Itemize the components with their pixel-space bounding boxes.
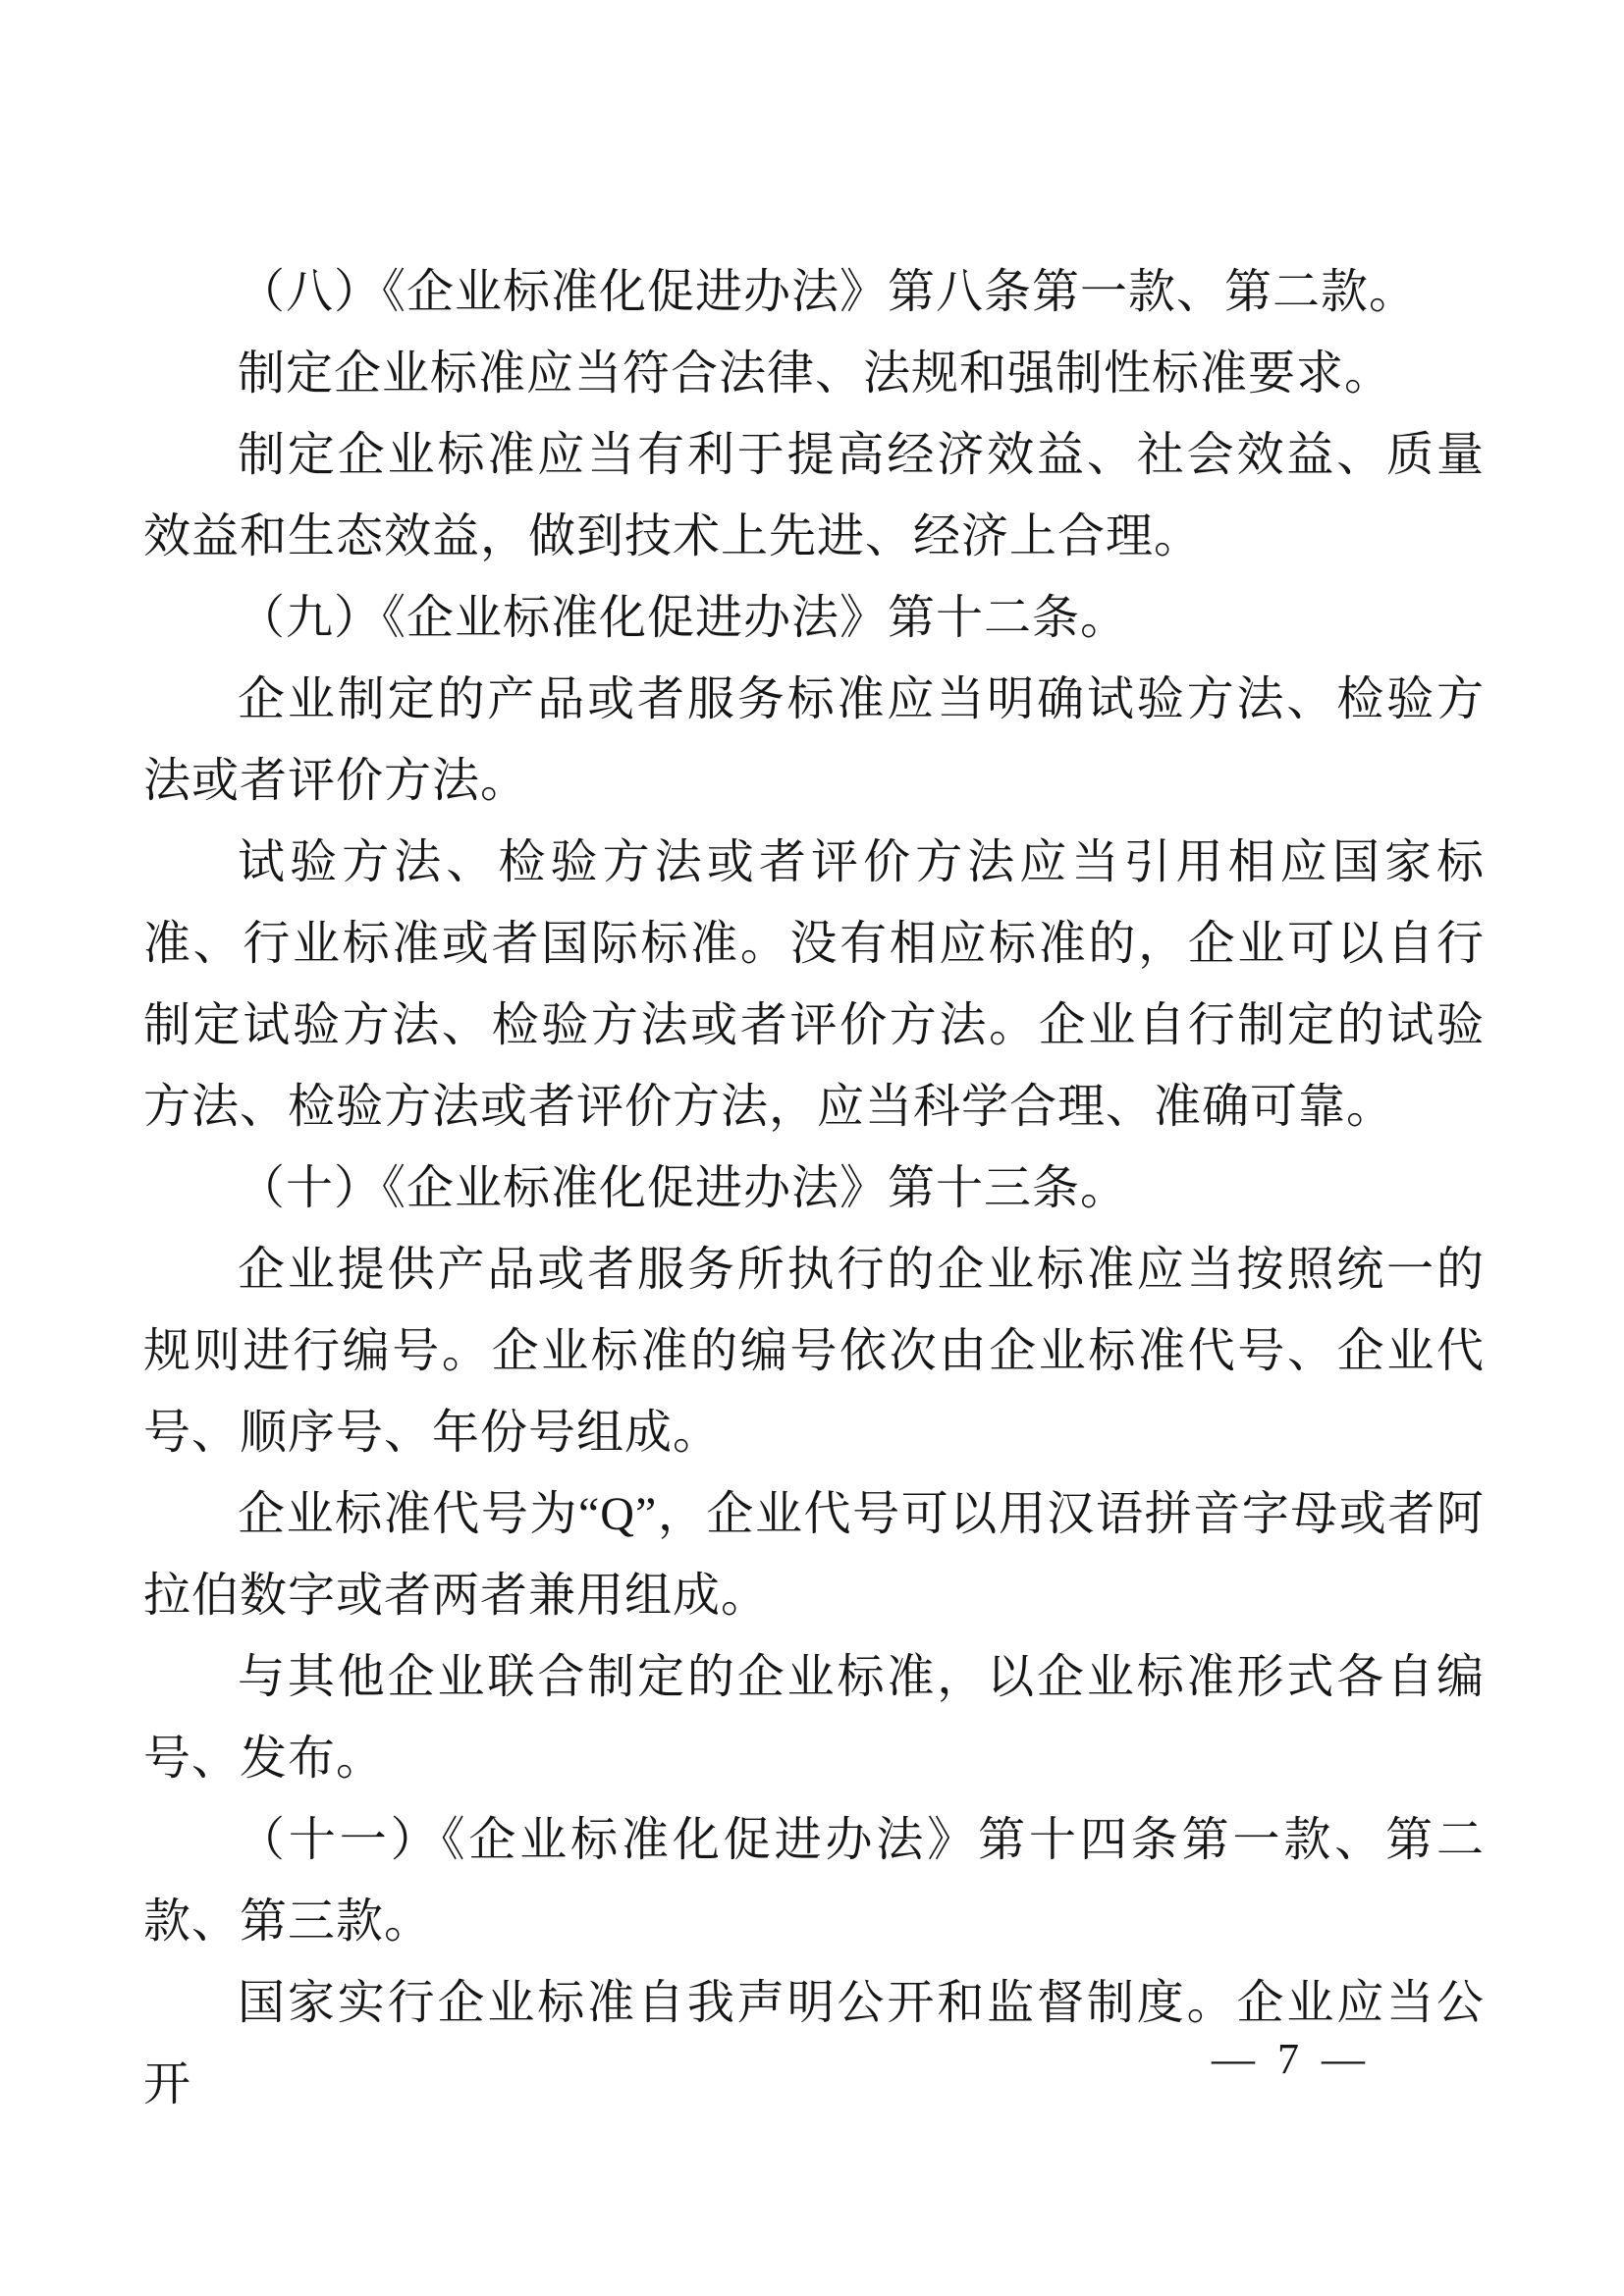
paragraph-item-10-clause-2: 企业标准代号为“Q”，企业代号可以用汉语拼音字母或者阿拉伯数字或者两者兼用组成。 xyxy=(143,1473,1485,1636)
paragraph-item-10-heading: （十）《企业标准化促进办法》第十三条。 xyxy=(143,1148,1485,1229)
paragraph-item-8-heading: （八）《企业标准化促进办法》第八条第一款、第二款。 xyxy=(143,251,1485,333)
paragraph-item-9-clause-1: 企业制定的产品或者服务标准应当明确试验方法、检验方法或者评价方法。 xyxy=(143,659,1485,822)
paragraph-item-8-clause-1: 制定企业标准应当符合法律、法规和强制性标准要求。 xyxy=(143,333,1485,414)
paragraph-item-9-clause-2: 试验方法、检验方法或者评价方法应当引用相应国家标准、行业标准或者国际标准。没有相… xyxy=(143,822,1485,1148)
document-body: （八）《企业标准化促进办法》第八条第一款、第二款。 制定企业标准应当符合法律、法… xyxy=(143,251,1485,2125)
paragraph-item-11-heading: （十一）《企业标准化促进办法》第十四条第一款、第二款、第三款。 xyxy=(143,1799,1485,1962)
document-page: （八）《企业标准化促进办法》第八条第一款、第二款。 制定企业标准应当符合法律、法… xyxy=(0,0,1624,2296)
paragraph-item-9-heading: （九）《企业标准化促进办法》第十二条。 xyxy=(143,577,1485,659)
page-number: — 7 — xyxy=(1212,2034,1371,2085)
paragraph-item-8-clause-2: 制定企业标准应当有利于提高经济效益、社会效益、质量效益和生态效益，做到技术上先进… xyxy=(143,414,1485,577)
paragraph-item-10-clause-3: 与其他企业联合制定的企业标准，以企业标准形式各自编号、发布。 xyxy=(143,1636,1485,1799)
paragraph-item-10-clause-1: 企业提供产品或者服务所执行的企业标准应当按照统一的规则进行编号。企业标准的编号依… xyxy=(143,1229,1485,1473)
